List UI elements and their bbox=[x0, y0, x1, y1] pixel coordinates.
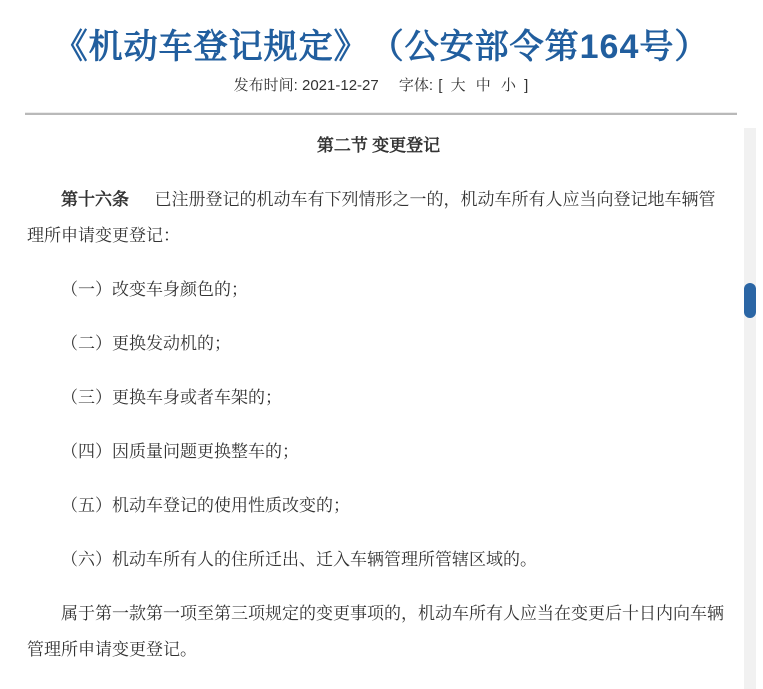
clause-item-4: （四）因质量问题更换整车的； bbox=[27, 434, 730, 470]
clause-item-2: （二）更换发动机的； bbox=[27, 326, 730, 362]
clause-paragraph: 第十六条已注册登记的机动车有下列情形之一的，机动车所有人应当向登记地车辆管理所申… bbox=[27, 182, 730, 254]
clause-intro-text: 已注册登记的机动车有下列情形之一的，机动车所有人应当向登记地车辆管理所申请变更登… bbox=[27, 190, 716, 245]
scrollbar-thumb[interactable] bbox=[744, 283, 756, 318]
clause-number: 第十六条 bbox=[61, 190, 129, 209]
clause-item-6: （六）机动车所有人的住所迁出、迁入车辆管理所管辖区域的。 bbox=[27, 542, 730, 578]
font-size-medium-link[interactable]: 中 bbox=[476, 77, 491, 94]
section-heading: 第二节 变更登记 bbox=[27, 128, 730, 164]
clause-item-3: （三）更换车身或者车架的； bbox=[27, 380, 730, 416]
closing-paragraph: 属于第一款第一项至第三项规定的变更事项的，机动车所有人应当在变更后十日内向车辆管… bbox=[27, 596, 730, 668]
scrollbar-track[interactable] bbox=[744, 128, 756, 689]
font-size-small-link[interactable]: 小 bbox=[501, 77, 516, 94]
font-size-bracket-close: ] bbox=[524, 77, 528, 94]
publish-date-label: 发布时间: bbox=[234, 77, 298, 94]
document-page: 《机动车登记规定》 （公安部令第164号） 发布时间: 2021-12-27 字… bbox=[0, 0, 763, 689]
publish-date: 2021-12-27 bbox=[302, 77, 379, 94]
clause-item-5: （五）机动车登记的使用性质改变的； bbox=[27, 488, 730, 524]
document-header: 《机动车登记规定》 （公安部令第164号） 发布时间: 2021-12-27 字… bbox=[0, 0, 763, 95]
font-size-label: 字体: bbox=[399, 77, 433, 94]
header-divider bbox=[25, 112, 737, 115]
publish-meta: 发布时间: 2021-12-27 字体: [ 大 中 小 ] bbox=[0, 74, 763, 95]
regulation-article: 第二节 变更登记 第十六条已注册登记的机动车有下列情形之一的，机动车所有人应当向… bbox=[27, 128, 730, 668]
clause-item-1: （一）改变车身颜色的； bbox=[27, 272, 730, 308]
page-title: 《机动车登记规定》 （公安部令第164号） bbox=[20, 26, 743, 68]
font-size-bracket-open: [ bbox=[438, 77, 442, 94]
font-size-large-link[interactable]: 大 bbox=[451, 77, 466, 94]
